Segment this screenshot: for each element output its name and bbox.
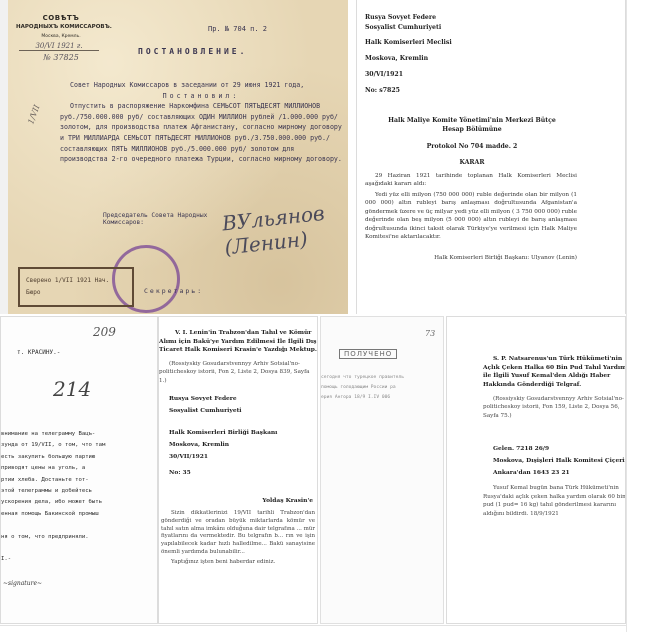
- letter-line: енная помощь Бакинской промыш: [1, 509, 157, 520]
- tr-header-line: Sosyalist Cumhuriyeti: [365, 24, 441, 31]
- letter-line: внимание на телеграмму Вацъ-: [1, 429, 157, 440]
- lenin-header-line: 30/VII/1921: [169, 453, 208, 460]
- page-right-margin: [626, 0, 650, 632]
- chair-label: Председатель Совета Народных Комиссаров:: [103, 212, 213, 226]
- tr-header-line: Rusya Sovyet Federe: [365, 14, 436, 21]
- decree-text: Отпустить в распоряжение Наркомфина СЕМЬ…: [60, 101, 342, 165]
- letter-line: ртии хлеба. Достаньте тот-: [1, 475, 157, 486]
- letter-line: ня о том, что предприняли.: [1, 532, 157, 543]
- tr-paragraph-1-text: 29 Haziran 1921 tarihinde toplanan Halk …: [365, 173, 577, 187]
- lenin-letter-title: V. I. Lenin'in Trabzon'dan Tahıl ve Kömü…: [159, 329, 317, 355]
- lenin-signature: ВУльянов (Ленин): [221, 199, 348, 260]
- tr-signature-line: Halk Komiserleri Birliği Başkanı: Ulyano…: [365, 255, 577, 261]
- turkish-lenin-letter: V. I. Lenin'in Trabzon'dan Tahıl ve Kömü…: [158, 316, 318, 624]
- letterhead-number: № 37825: [16, 53, 106, 62]
- decree-title: ПОСТАНОВЛЕНИЕ.: [138, 47, 247, 56]
- tr-header-line: No: s7825: [365, 87, 400, 94]
- letter-line: приводят цены на уголь, а: [1, 463, 157, 474]
- tr-addressee: Halk Maliye Komite Yönetimi'nin Merkezi …: [357, 116, 587, 134]
- turkish-natsarenus-telegram: S. P. Natsarenus'un Türk Hükümeti'nin Aç…: [446, 316, 626, 624]
- handwritten-margin-note: 1/VII: [26, 104, 41, 126]
- lenin-header-line: Rusya Sovyet Federe: [169, 395, 237, 402]
- lenin-salutation: Yoldaş Krasin'e: [262, 497, 313, 504]
- decree-intro: Совет Народных Комиссаров в заседании от…: [60, 80, 342, 91]
- telegram-addressee-line: Moskova, Dışişleri Halk Komitesi Çiçerin…: [493, 457, 626, 464]
- telegram-title: S. P. Natsarenus'un Türk Hükümeti'nin Aç…: [483, 355, 626, 389]
- verification-stamp: Сверено 1/VII 1921 Нач. Бюро: [18, 267, 134, 307]
- lenin-header-line: Moskova, Kremlin: [169, 441, 229, 448]
- letter-line: ускорения дела, ибо может быть: [1, 497, 157, 508]
- letter-addressee: т. КРАСИНУ.-: [17, 349, 60, 356]
- received-stamp: ПОЛУЧЕНО: [339, 349, 397, 359]
- telegram-line: помощь голодающим России ра: [321, 383, 444, 393]
- letterhead-line2: НАРОДНЫХЪ КОМИССАРОВЪ.: [16, 24, 106, 30]
- page-number-handwritten: 214: [53, 377, 91, 401]
- russian-telegram-scan: 73 ПОЛУЧЕНО сегодня что турецкое правите…: [320, 316, 444, 624]
- letterhead: СОВѢТЪ НАРОДНЫХЪ КОМИССАРОВЪ. Москва, Кр…: [16, 14, 106, 62]
- tr-addressee-line2: Hesap Bölümüne: [357, 125, 587, 134]
- telegram-origin-line: Ankara'dan 1643 23 21: [493, 469, 570, 476]
- letter-body: внимание на телеграмму Вацъ-зунда от 19/…: [1, 429, 157, 566]
- tr-heading: KARAR: [357, 158, 587, 167]
- letterhead-place: Москва, Кремль.: [16, 34, 106, 39]
- tr-paragraph-1: 29 Haziran 1921 tarihinde toplanan Halk …: [365, 172, 577, 189]
- letter-line: [1, 543, 157, 554]
- letter-line: [1, 520, 157, 531]
- decree-resolved: Постановил:: [60, 91, 342, 102]
- tr-addressee-line1: Halk Maliye Komite Yönetimi'nin Merkezi …: [357, 116, 587, 125]
- lenin-letter-closing: Yaptığınız işten beni haberdar ediniz.: [171, 559, 275, 565]
- lenin-header-line: Halk Komiserleri Birliği Başkanı: [169, 429, 277, 436]
- letter-line: есть закупить большую партию: [1, 452, 157, 463]
- telegram-received-line: Gelen. 7218 26/9: [493, 445, 549, 452]
- tr-header-line: Halk Komiserleri Meclisi: [365, 39, 452, 46]
- corner-handwritten-mark: 73: [425, 329, 435, 338]
- tr-paragraph-2: Yedi yüz elli milyon (750 000 000) ruble…: [365, 191, 577, 241]
- lenin-header-line: No: 35: [169, 469, 191, 476]
- telegram-body: сегодня что турецкое правитель помощь го…: [321, 373, 444, 403]
- letterhead-date: 30/VI 1921 г.: [19, 42, 99, 51]
- verification-stamp-text: Сверено 1/VII 1921 Нач. Бюро: [26, 275, 126, 299]
- telegram-body-text: Yusuf Kemal bugün bana Türk Hükümeti'nin…: [483, 484, 626, 518]
- tr-protocol: Protokol No 704 madde. 2: [357, 142, 587, 151]
- telegram-line: сегодня что турецкое правитель: [321, 373, 444, 383]
- letterhead-line1: СОВѢТЪ: [16, 14, 106, 22]
- letter-line: этой телеграммы и добейтесь: [1, 486, 157, 497]
- decree-body: Совет Народных Комиссаров в заседании от…: [60, 80, 342, 165]
- page-bottom-margin: [0, 625, 626, 632]
- telegram-source: (Rossiyskiy Gosudarstvennyy Arhiv Sotsia…: [483, 395, 626, 420]
- protocol-reference: Пр. № 704 п. 2: [208, 25, 267, 33]
- tr-header-line: Moskova, Kremlin: [365, 55, 428, 62]
- tr-header-line: 30/VI/1921: [365, 71, 403, 78]
- tr-paragraph-2-text: Yedi yüz elli milyon (750 000 000) ruble…: [365, 192, 577, 240]
- lenin-header-line: Sosyalist Cumhuriyeti: [169, 407, 242, 414]
- letter-signature: ~signature~: [3, 580, 42, 587]
- lenin-letter-source: (Rossiyskiy Gosudarstvennyy Arhiv Sotsia…: [159, 360, 317, 385]
- russian-decree-scan: СОВѢТЪ НАРОДНЫХЪ КОМИССАРОВЪ. Москва, Кр…: [0, 0, 348, 314]
- archive-number-handwritten: 209: [93, 325, 116, 339]
- secretary-label: Секретарь:: [144, 287, 203, 295]
- letter-line: I.-: [1, 554, 157, 565]
- letter-line: зунда от 19/VII, о том, что там: [1, 440, 157, 451]
- telegram-line: ерия Ангора 18/9 I.IV 006: [321, 393, 444, 403]
- turkish-decree-translation: Rusya Sovyet Federe Sosyalist Cumhuriyet…: [356, 0, 626, 314]
- russian-letter-scan: 209 т. КРАСИНУ.- 214 внимание на телегра…: [0, 316, 158, 624]
- lenin-letter-body: Sizin dikkatlerinizi 19/VII tarihli Trab…: [161, 510, 315, 556]
